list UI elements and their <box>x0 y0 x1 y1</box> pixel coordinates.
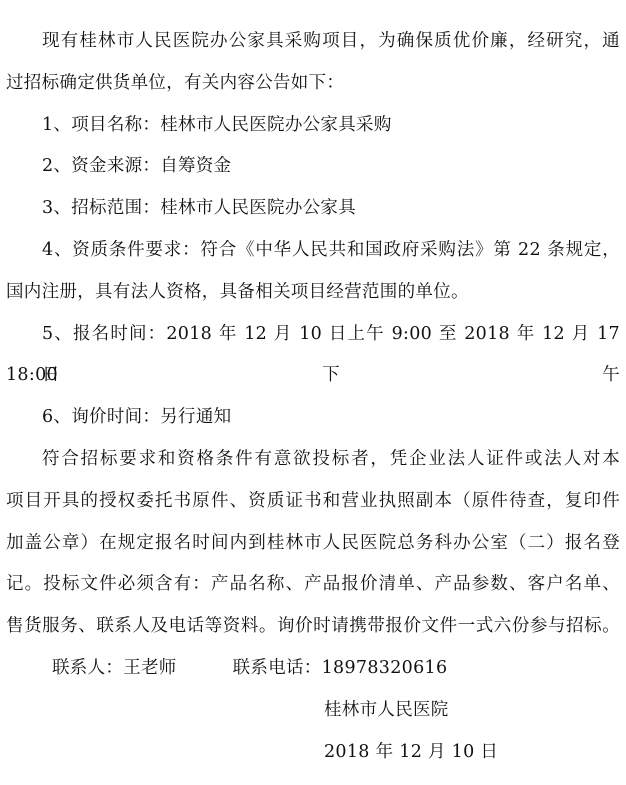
requirements-line-5: 售货服务、联系人及电话等资料。询价时请携带报价文件一式六份参与招标。 <box>6 606 620 648</box>
requirements-line-2: 项目开具的授权委托书原件、资质证书和营业执照副本（原件待查，复印件 <box>6 481 620 523</box>
announcement-document: 现有桂林市人民医院办公家具采购项目，为确保质优价廉，经研究，通 过招标确定供货单… <box>6 21 620 773</box>
item-registration-time-line-1: 5、报名时间：2018 年 12 月 10 日上午 9:00 至 2018 年 … <box>6 314 620 356</box>
item-inquiry-time: 6、询价时间：另行通知 <box>6 397 620 439</box>
requirements-line-1: 符合招标要求和资格条件有意欲投标者，凭企业法人证件或法人对本 <box>6 439 620 481</box>
intro-line-1: 现有桂林市人民医院办公家具采购项目，为确保质优价廉，经研究，通 <box>6 21 620 63</box>
intro-line-2: 过招标确定供货单位，有关内容公告如下： <box>6 63 620 105</box>
contact-person: 王老师 <box>123 658 176 678</box>
requirements-line-3: 加盖公章）在规定报名时间内到桂林市人民医院总务科办公室（二）报名登 <box>6 523 620 565</box>
signature-organization: 桂林市人民医院 <box>6 690 620 732</box>
contact-phone: 18978320616 <box>322 658 448 678</box>
item-qualification-line-1: 4、资质条件要求：符合《中华人民共和国政府采购法》第 22 条规定， <box>6 230 620 272</box>
requirements-line-4: 记。投标文件必须含有：产品名称、产品报价清单、产品参数、客户名单、 <box>6 564 620 606</box>
item-fund-source: 2、资金来源：自筹资金 <box>6 146 620 188</box>
contact-line: 联系人：王老师联系电话：18978320616 <box>6 648 620 690</box>
item-qualification-line-2: 国内注册，具有法人资格，具备相关项目经营范围的单位。 <box>6 272 620 314</box>
item-project-name: 1、项目名称：桂林市人民医院办公家具采购 <box>6 105 620 147</box>
item-bid-scope: 3、招标范围：桂林市人民医院办公家具 <box>6 188 620 230</box>
signature-date: 2018 年 12 月 10 日 <box>6 732 620 774</box>
contact-phone-label: 联系电话： <box>233 658 322 678</box>
contact-person-label: 联系人： <box>52 658 123 678</box>
